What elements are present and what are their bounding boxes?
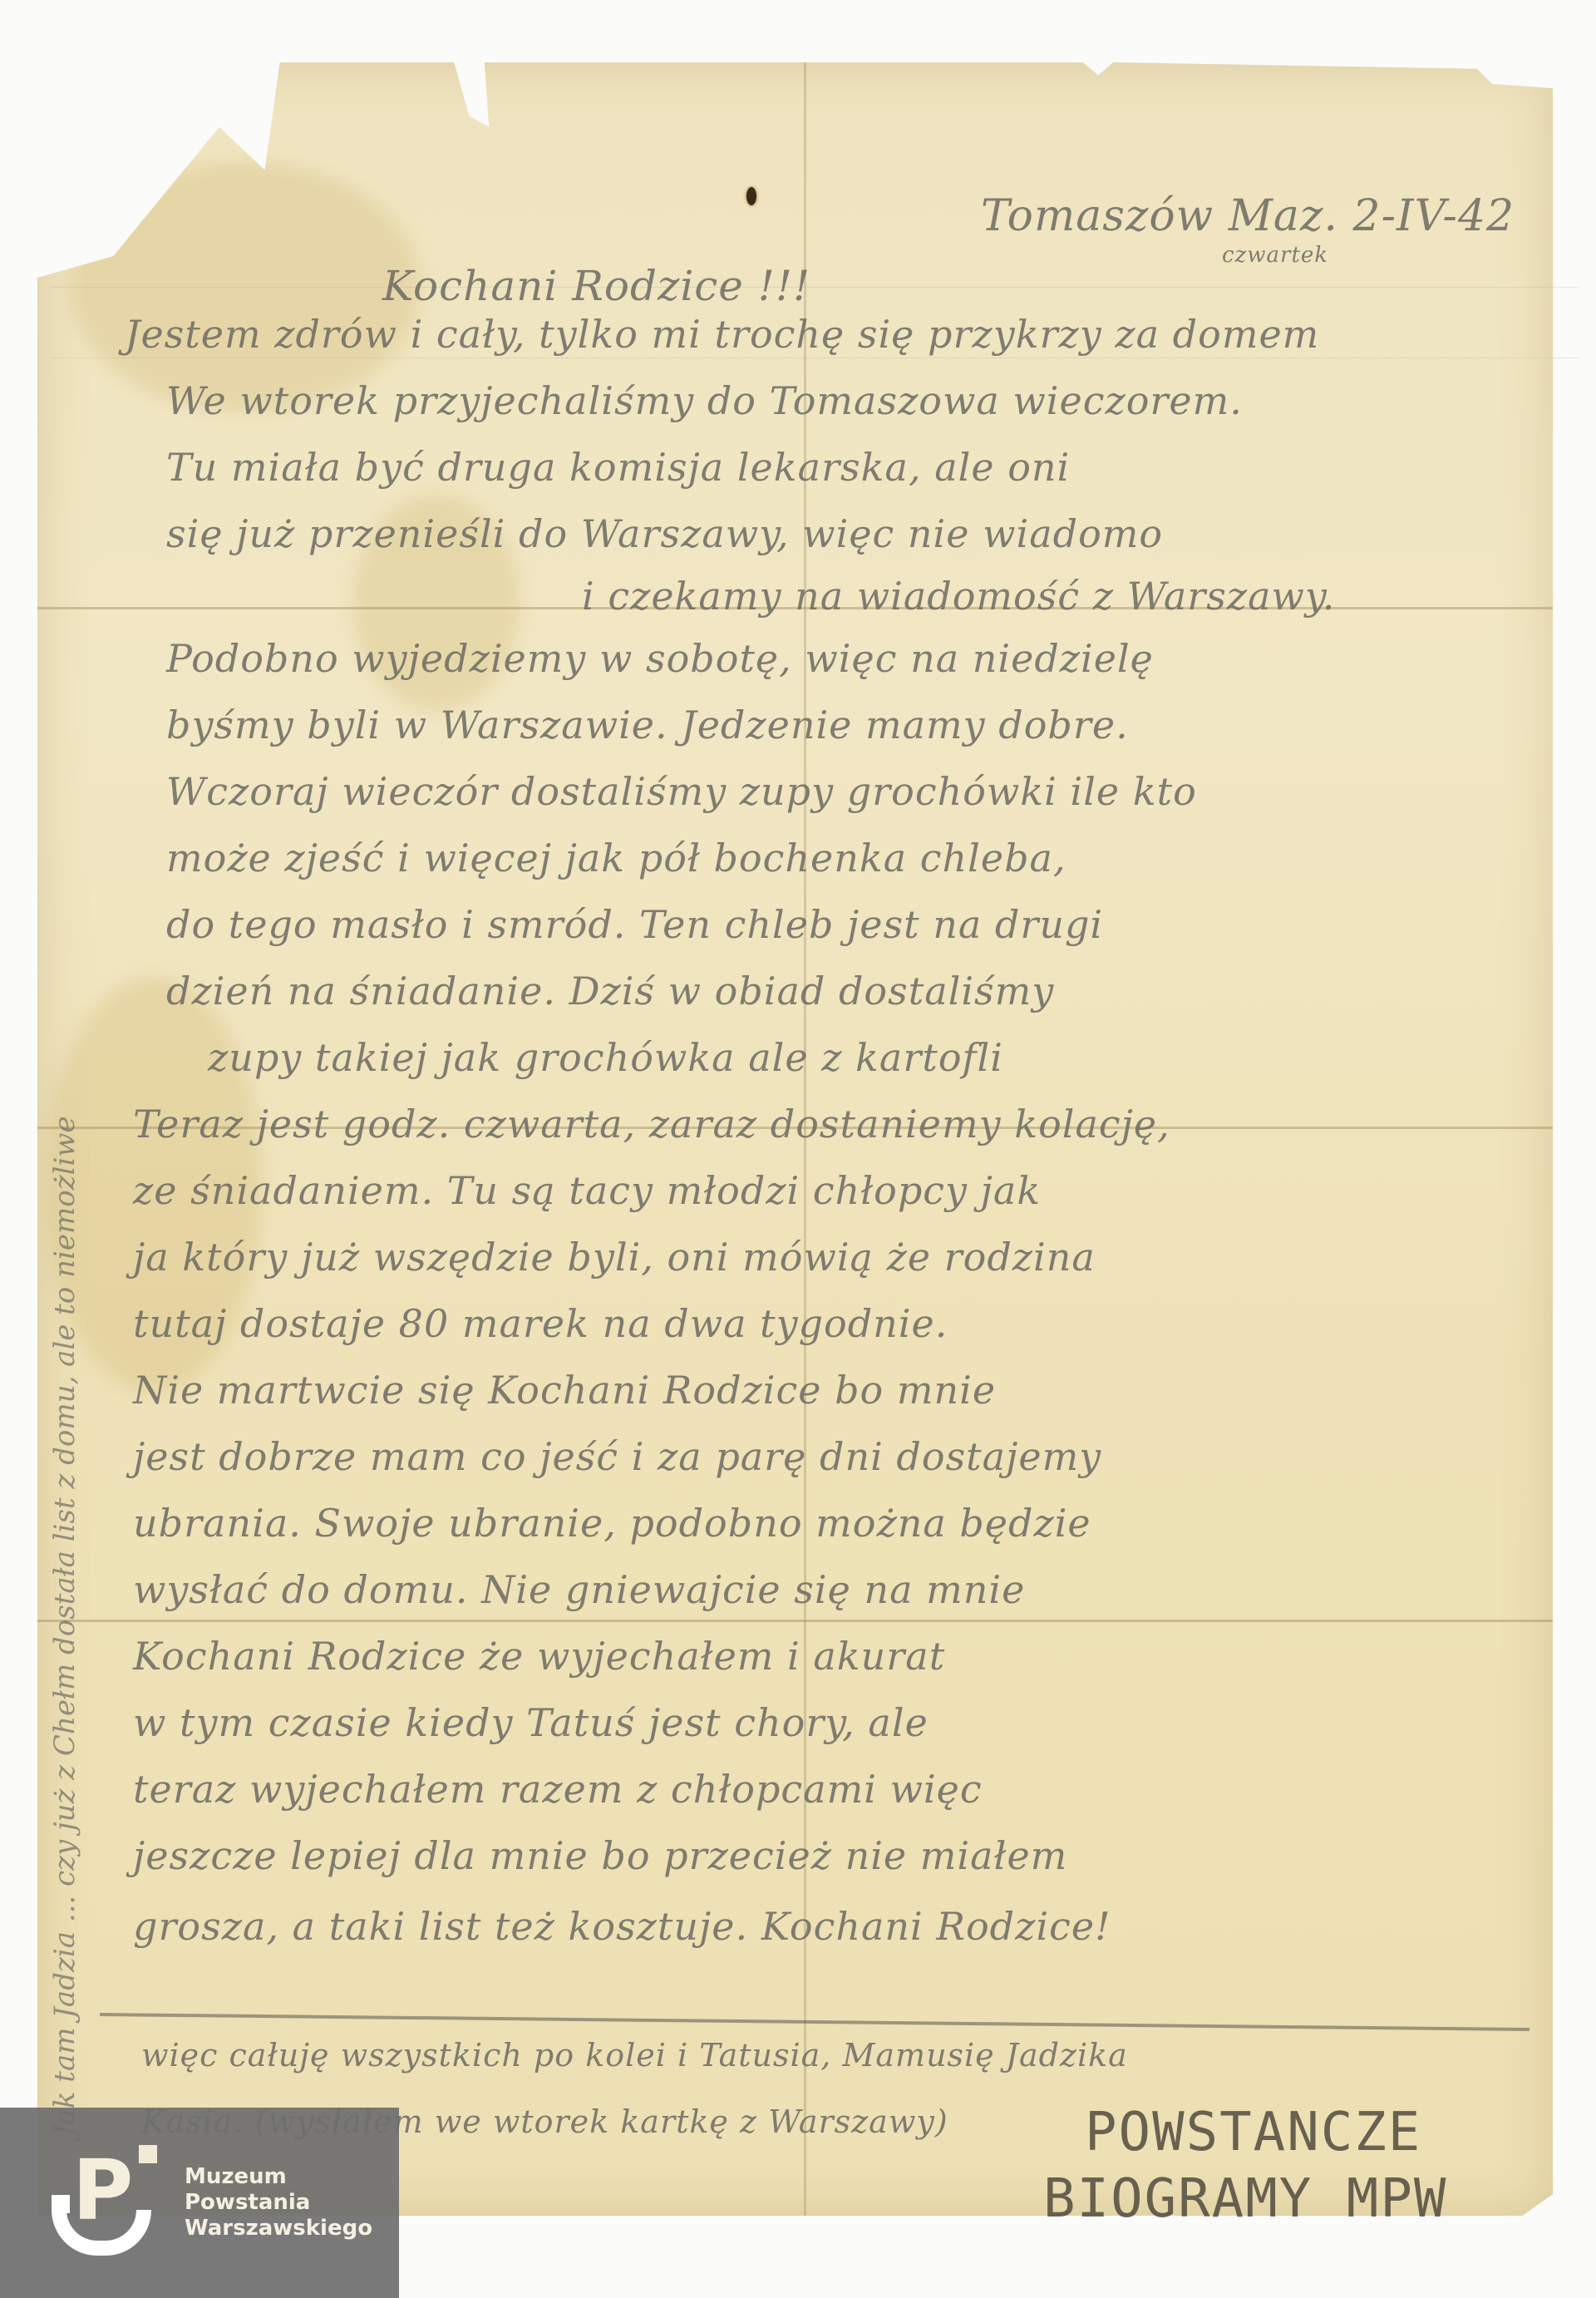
letter-line: do tego masło i smród. Ten chleb jest na… <box>166 902 1103 947</box>
margin-note: Jak tam Jadzia ... czy już z Chełm dosta… <box>48 349 81 2137</box>
letter-line: i czekamy na wiadomość z Warszawy. <box>582 574 1335 619</box>
letter-line: Podobno wyjedziemy w sobotę, więc na nie… <box>166 636 1154 681</box>
letter-line: dzień na śniadanie. Dziś w obiad dostali… <box>166 969 1054 1013</box>
letter-line: teraz wyjechałem razem z chłopcami więc <box>133 1767 983 1812</box>
horizontal-fold <box>37 1620 1553 1622</box>
letter-weekday: czwartek <box>1222 243 1328 268</box>
letter-greeting: Kochani Rodzice !!! <box>382 262 810 310</box>
letter-line: Tu miała być druga komisja lekarska, ale… <box>166 445 1070 490</box>
letter-line: Jestem zdrów i cały, tylko mi trochę się… <box>125 312 1319 357</box>
letter-line: jeszcze lepiej dla mnie bo przecież nie … <box>133 1833 1067 1878</box>
logo-line-2: Powstania <box>185 2190 372 2216</box>
kotwica-anchor-icon: P <box>52 2145 168 2261</box>
letter-line: grosza, a taki list też kosztuje. Kochan… <box>133 1904 1111 1949</box>
letter-line: ubrania. Swoje ubranie, podobno można bę… <box>133 1501 1091 1546</box>
letter-line: ze śniadaniem. Tu są tacy młodzi chłopcy… <box>133 1168 1041 1213</box>
watermark: POWSTANCZE BIOGRAMY MPW <box>1043 2099 1447 2232</box>
letter-line: Kochani Rodzice że wyjechałem i akurat <box>133 1634 945 1679</box>
letter-line: We wtorek przyjechaliśmy do Tomaszowa wi… <box>166 378 1243 423</box>
letter-line: ja który już wszędzie byli, oni mówią że… <box>133 1235 1096 1280</box>
letter-line: wysłać do domu. Nie gniewajcie się na mn… <box>133 1567 1025 1612</box>
ruled-line <box>50 287 1579 288</box>
museum-logo[interactable]: P Muzeum Powstania Warszawskiego <box>0 2108 399 2298</box>
letter-line: byśmy byli w Warszawie. Jedzenie mamy do… <box>166 703 1129 747</box>
watermark-line-1: POWSTANCZE <box>1085 2099 1447 2166</box>
letter-line: jest dobrze mam co jeść i za parę dni do… <box>133 1434 1101 1479</box>
watermark-line-2: BIOGRAMY MPW <box>1043 2166 1447 2232</box>
letter-line: więc całuję wszystkich po kolei i Tatusi… <box>141 2037 1128 2074</box>
letter-line: się już przenieśli do Warszawy, więc nie… <box>166 511 1163 556</box>
logo-line-3: Warszawskiego <box>185 2216 372 2241</box>
letter-line: w tym czasie kiedy Tatuś jest chory, ale <box>133 1700 929 1745</box>
ruled-line <box>50 358 1579 358</box>
letter-place-date: Tomaszów Maz. 2-IV-42 <box>981 191 1515 241</box>
logo-line-1: Muzeum <box>185 2164 372 2190</box>
letter-line: zupy takiej jak grochówka ale z kartofli <box>208 1035 1003 1080</box>
logo-text: Muzeum Powstania Warszawskiego <box>185 2164 372 2241</box>
paper-hole <box>746 187 756 205</box>
letter-line: Wczoraj wieczór dostaliśmy zupy grochówk… <box>166 769 1197 814</box>
letter-line: Nie martwcie się Kochani Rodzice bo mnie <box>133 1368 996 1413</box>
letter-line: może zjeść i więcej jak pół bochenka chl… <box>166 836 1066 880</box>
letter-line: Teraz jest godz. czwarta, zaraz dostanie… <box>133 1102 1170 1147</box>
letter-line: tutaj dostaje 80 marek na dwa tygodnie. <box>133 1301 948 1346</box>
